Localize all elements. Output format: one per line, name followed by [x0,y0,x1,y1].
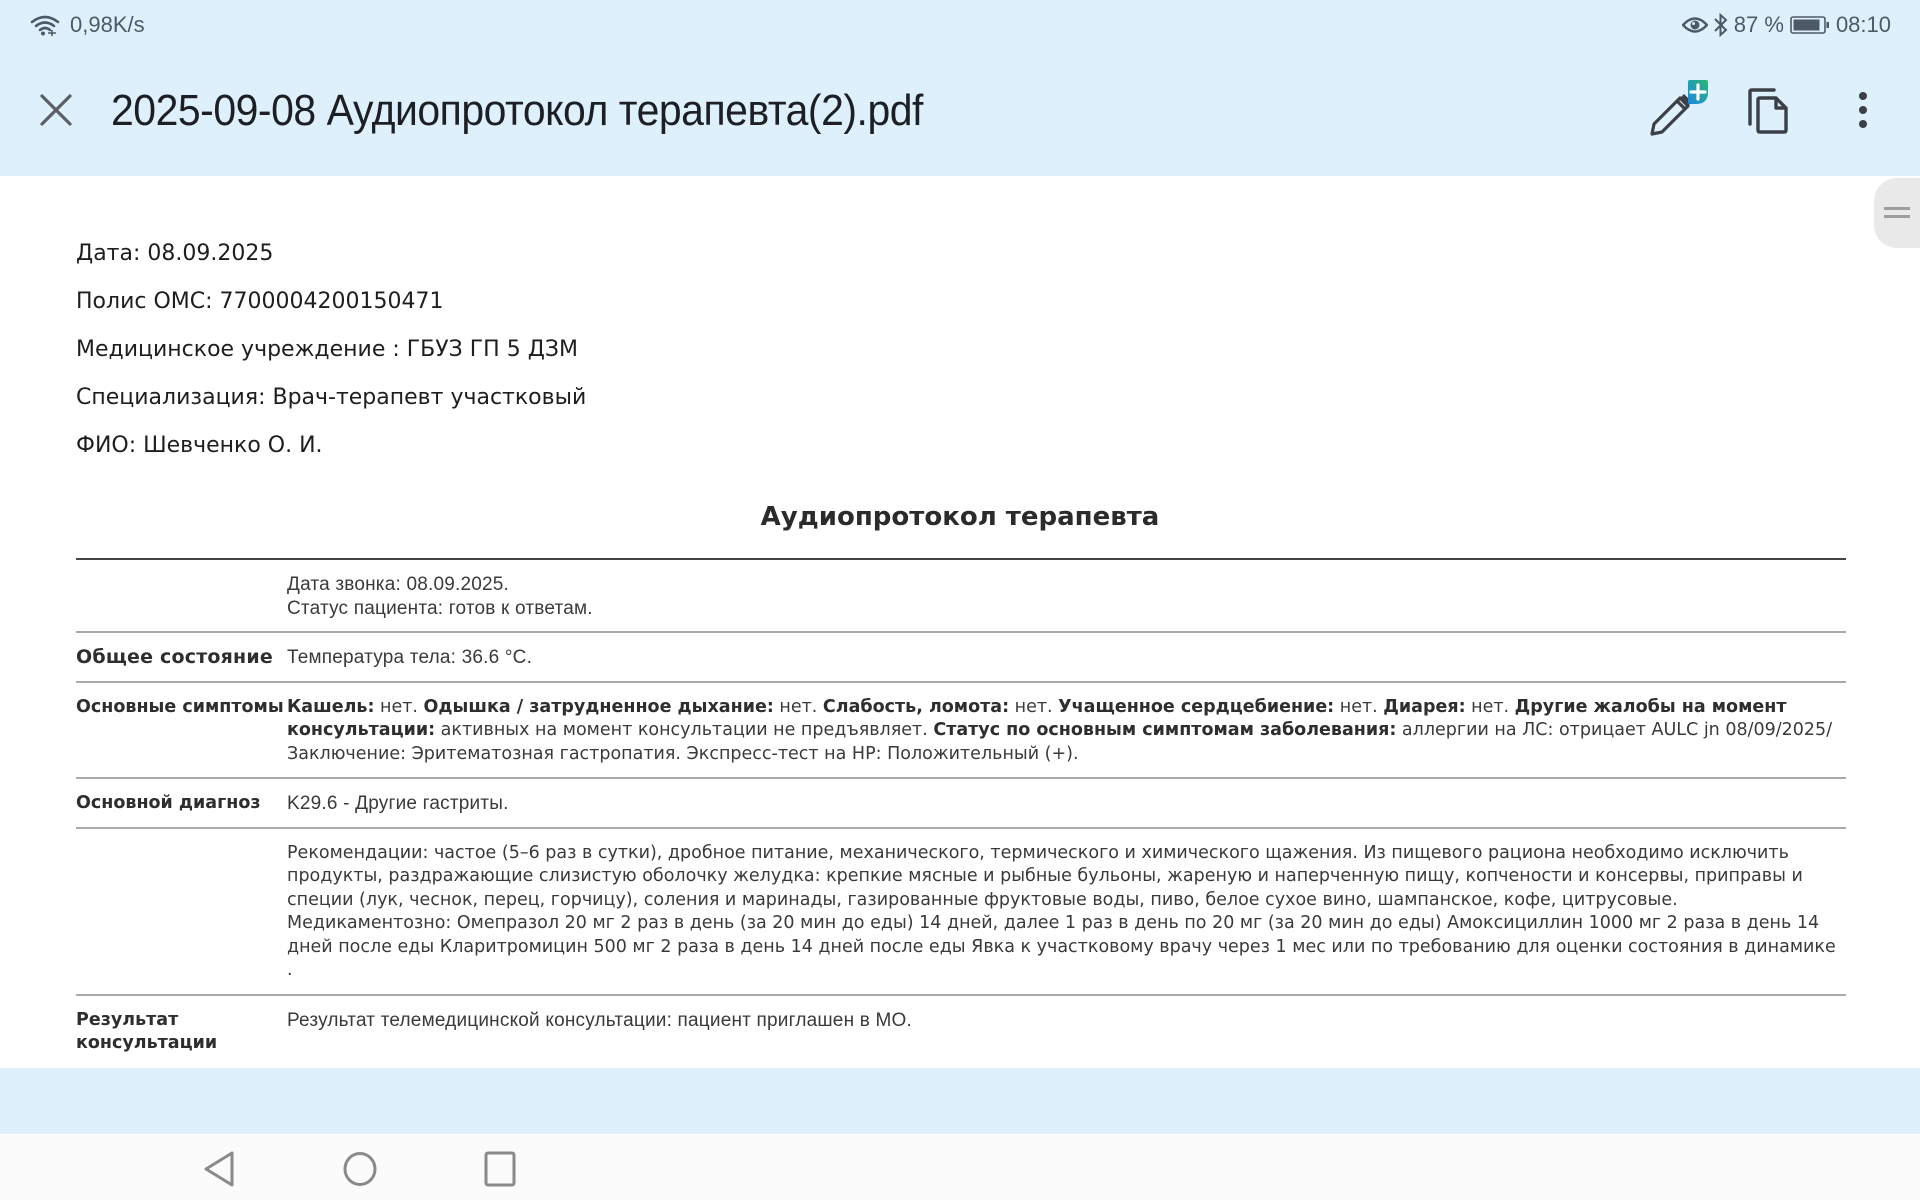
meta-institution: Медицинское учреждение : ГБУЗ ГП 5 ДЗМ [76,336,586,384]
protocol-heading: Аудиопротокол терапевта [0,502,1920,532]
network-speed: 0,98K/s [70,12,145,38]
table-row-symptoms: Основные симптомы Кашель: нет. Одышка / … [76,683,1846,780]
row-label: Результат консультации [76,1009,287,1056]
table-row-call: Дата звонка: 08.09.2025. Статус пациента… [76,560,1846,633]
row-value: Температура тела: 36.6 °С. [287,646,1846,670]
row-value: Рекомендации: частое (5–6 раз в сутки), … [287,842,1846,983]
symptom-value: нет. [374,697,423,717]
battery-icon [1790,15,1830,35]
status-bar: 0,98K/s 87 % 08:10 [0,0,1920,50]
row-label [76,842,287,983]
symptoms-value: Кашель: нет. Одышка / затрудненное дыхан… [287,696,1846,767]
copy-icon [1736,78,1800,142]
symptom-label: Диарея: [1383,697,1465,717]
row-label: Основные симптомы [76,696,287,767]
symptom-label: Учащенное сердцебиение: [1058,697,1334,717]
meta-date: Дата: 08.09.2025 [76,240,586,288]
meta-doctor-name: ФИО: Шевченко О. И. [76,432,586,480]
clock: 08:10 [1836,12,1891,38]
table-row-recommendations: Рекомендации: частое (5–6 раз в сутки), … [76,829,1846,996]
home-icon [340,1150,380,1188]
meta-policy: Полис ОМС: 7700004200150471 [76,288,586,336]
eye-icon [1682,15,1708,35]
recommendations-diet: Рекомендации: частое (5–6 раз в сутки), … [287,842,1846,913]
patient-status: Статус пациента: готов к ответам. [287,597,1846,621]
table-row-diagnosis: Основной диагноз K29.6 - Другие гастриты… [76,779,1846,829]
close-button[interactable] [36,90,76,130]
system-nav-bar [0,1134,1920,1200]
symptom-label: Одышка / затрудненное дыхание: [424,697,774,717]
meta-specialization: Специализация: Врач-терапевт участковый [76,384,586,432]
table-row-general-state: Общее состояние Температура тела: 36.6 °… [76,633,1846,683]
wifi-icon [30,14,60,36]
recent-apps-icon [480,1150,520,1188]
app-bar: 2025-09-08 Аудиопротокол терапевта(2).pd… [0,50,1920,176]
row-value: Дата звонка: 08.09.2025. Статус пациента… [287,573,1846,620]
home-button[interactable] [340,1150,380,1188]
symptom-value: нет. [1466,697,1515,717]
battery-percent: 87 % [1734,12,1784,38]
symptom-value: активных на момент консультации не предъ… [435,720,933,740]
protocol-table: Дата звонка: 08.09.2025. Статус пациента… [76,558,1846,1067]
more-options-icon [1831,78,1895,142]
copy-button[interactable] [1736,78,1800,142]
symptom-label: Кашель: [287,697,374,717]
edit-annotate-button[interactable] [1644,78,1708,142]
symptom-value: нет. [1009,697,1058,717]
fast-scroll-handle[interactable] [1874,178,1920,248]
document-meta: Дата: 08.09.2025 Полис ОМС: 770000420015… [76,240,586,480]
table-row-result: Результат консультации Результат телемед… [76,996,1846,1067]
recent-apps-button[interactable] [480,1150,520,1188]
call-date: Дата звонка: 08.09.2025. [287,573,1846,597]
row-label: Общее состояние [76,646,287,670]
symptom-value: нет. [774,697,823,717]
bottom-toolbar-area [0,1068,1920,1134]
more-options-button[interactable] [1831,78,1895,142]
row-label: Основной диагноз [76,792,287,816]
recommendations-medication: Медикаментозно: Омепразол 20 мг 2 раз в … [287,912,1846,983]
symptom-label: Статус по основным симптомам заболевания… [933,720,1396,740]
row-value: Результат телемедицинской консультации: … [287,1009,1846,1056]
row-value: K29.6 - Другие гастриты. [287,792,1846,816]
bluetooth-icon [1714,13,1728,37]
symptom-value: нет. [1334,697,1383,717]
row-label [76,573,287,620]
close-icon [36,90,76,130]
edit-annotate-icon [1644,78,1708,142]
symptom-label: Слабость, ломота: [823,697,1009,717]
back-button[interactable] [200,1150,240,1188]
document-title: 2025-09-08 Аудиопротокол терапевта(2).pd… [111,86,923,136]
back-icon [200,1150,240,1188]
